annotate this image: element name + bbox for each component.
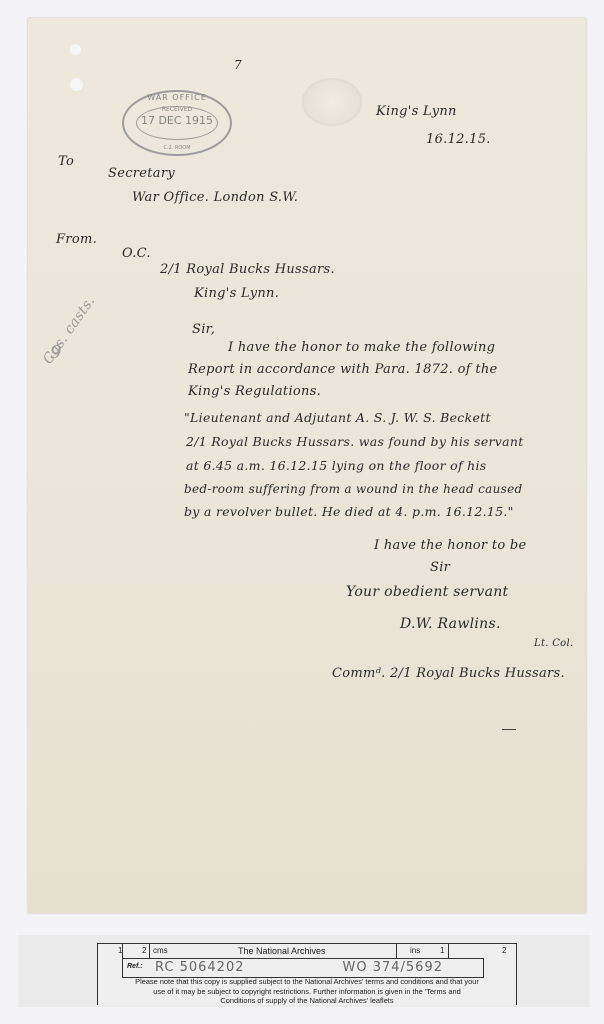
body-line: by a revolver bullet. He died at 4. p.m.… <box>184 504 514 519</box>
sender: O.C. <box>122 246 151 261</box>
ruler-cm-label: cms <box>153 944 168 958</box>
signature: D.W. Rawlins. <box>400 616 501 632</box>
ruler-in-1: 1 <box>440 944 444 958</box>
body-line: Report in accordance with Para. 1872. of… <box>188 362 498 377</box>
body-line: at 6.45 a.m. 16.12.15 lying on the floor… <box>186 458 487 473</box>
punch-hole <box>70 78 83 91</box>
stamp-received: RECEIVED <box>124 106 230 113</box>
archive-ruler: 1 2 cms The National Archives ins 1 2 Re… <box>97 943 517 1005</box>
copyright-notice: Please note that this copy is supplied s… <box>98 977 516 1006</box>
letter-page: 7 WAR OFFICE RECEIVED 17 DEC 1915 C.2. R… <box>28 18 586 913</box>
ruler-ins-label: ins <box>410 944 420 958</box>
closing-line: Sir <box>430 560 450 575</box>
recipient: Secretary <box>108 166 175 181</box>
body-line: King's Regulations. <box>188 384 321 399</box>
sender-unit: 2/1 Royal Bucks Hussars. <box>160 262 335 277</box>
punch-hole <box>70 44 81 55</box>
ruler-in-2: 2 <box>502 944 506 958</box>
to-label: To <box>58 154 74 169</box>
ruler-cm-2: 2 <box>142 944 146 958</box>
ref-code: RC 5064202 <box>155 960 245 975</box>
signature-rank: Lt. Col. <box>534 638 573 649</box>
ref-label: Ref.: <box>127 963 143 970</box>
from-label: From. <box>56 232 97 247</box>
reference-box: Ref.: RC 5064202 WO 374/5692 <box>122 958 484 978</box>
salutation: Sir, <box>192 322 215 337</box>
embossed-seal <box>302 78 362 126</box>
body-line: bed-room suffering from a wound in the h… <box>184 482 522 496</box>
archive-name: The National Archives <box>238 944 326 958</box>
end-dash <box>502 729 516 730</box>
header-date: 16.12.15. <box>426 132 491 147</box>
body-line: I have the honor to make the following <box>228 340 495 355</box>
body-line: "Lieutenant and Adjutant A. S. J. W. S. … <box>184 410 491 425</box>
recipient-address: War Office. London S.W. <box>132 190 298 205</box>
stamp-date: 17 DEC 1915 <box>124 114 230 127</box>
ref-piece: WO 374/5692 <box>343 960 444 975</box>
closing-line: Your obedient servant <box>346 584 508 600</box>
signature-title: Commᵈ. 2/1 Royal Bucks Hussars. <box>332 666 565 681</box>
stamp-bottom: C.2. ROOM <box>124 145 230 151</box>
sender-location: King's Lynn. <box>194 286 279 301</box>
stamp-org: WAR OFFICE <box>124 93 230 102</box>
body-line: 2/1 Royal Bucks Hussars. was found by hi… <box>186 434 524 449</box>
margin-note: Cas. casts. <box>40 293 98 367</box>
header-place: King's Lynn <box>376 104 457 119</box>
closing-line: I have the honor to be <box>374 538 527 553</box>
pencil-mark: 7 <box>234 58 242 72</box>
war-office-received-stamp: WAR OFFICE RECEIVED 17 DEC 1915 C.2. ROO… <box>122 90 232 156</box>
